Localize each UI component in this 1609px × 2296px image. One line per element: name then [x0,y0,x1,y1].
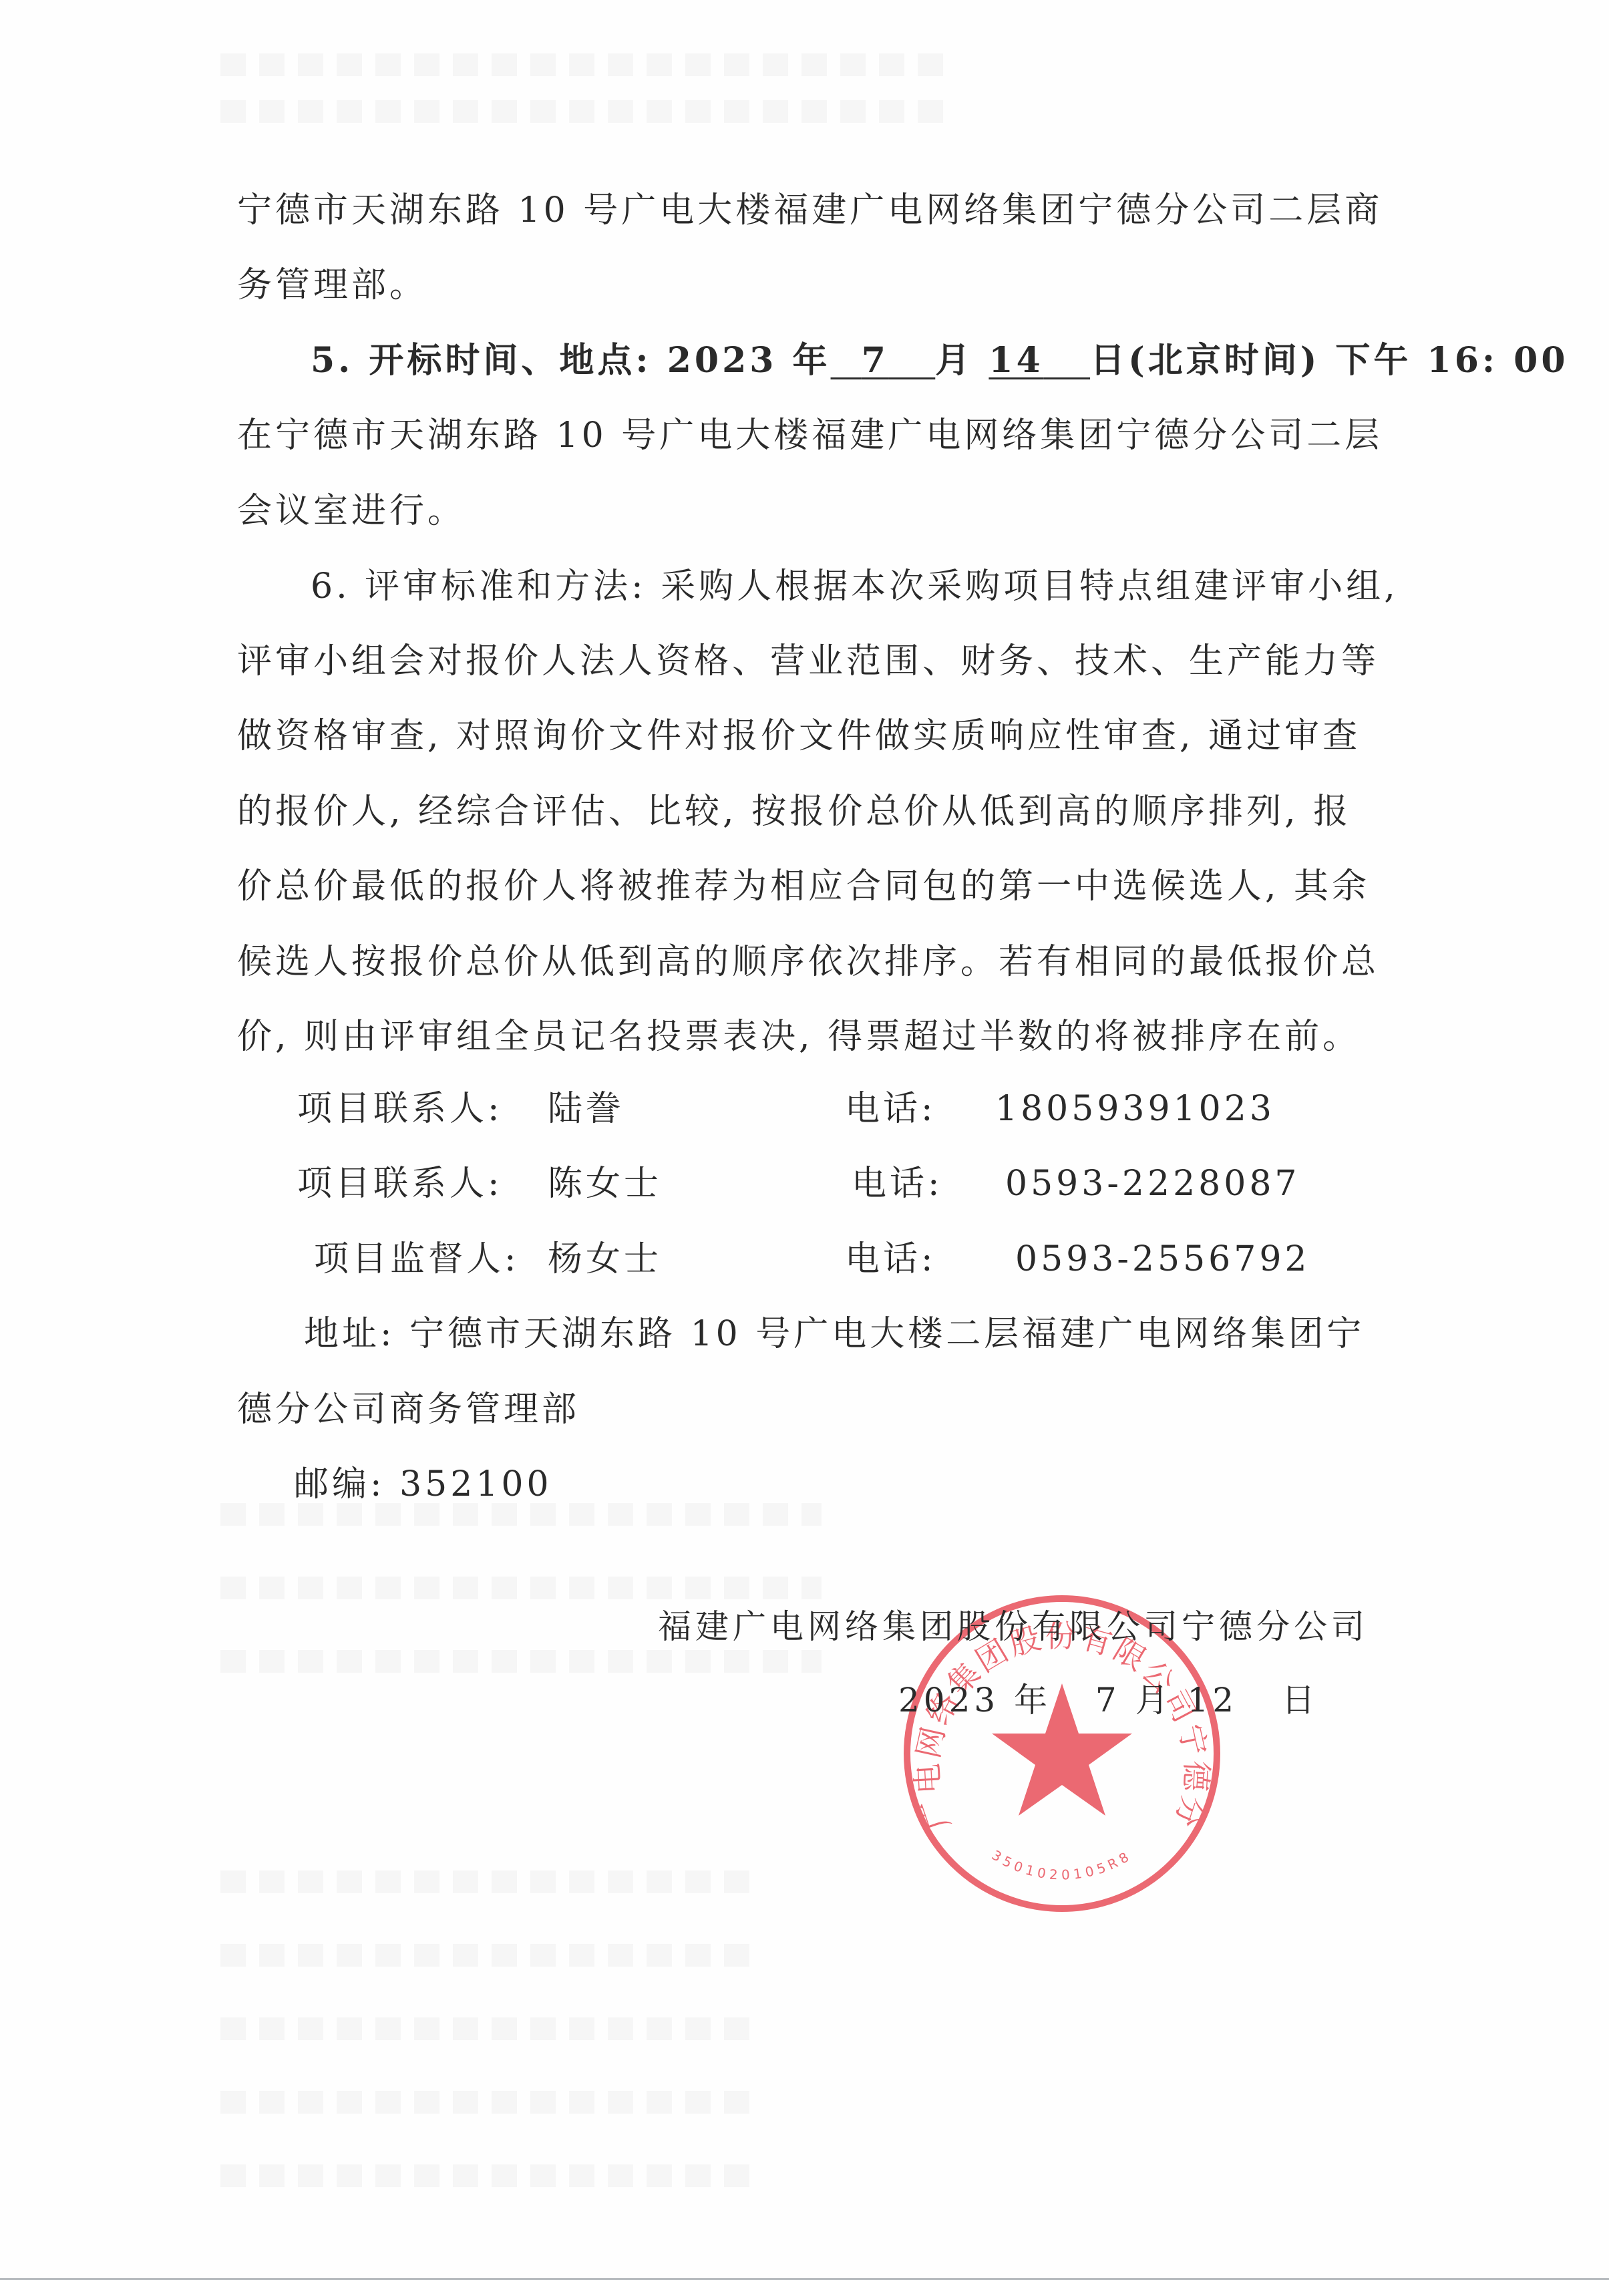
bleed-through-texture [220,1577,822,1599]
section5-year-unit: 年 [777,340,830,381]
section6-line: 候选人按报价总价从低到高的顺序依次排序。若有相同的最低报价总 [237,942,1379,982]
postcode-value: 352100 [399,1464,552,1504]
contact-name: 陈女士 [548,1164,662,1204]
supervisor-role: 项目监督人: [314,1239,520,1279]
contact-role: 项目联系人: [297,1089,503,1129]
section5-bid-opening-line2: 在宁德市天湖东路 10 号广电大楼福建广电网络集团宁德分公司二层 [237,416,1383,456]
supervisor-phone: 0593-2556792 [1015,1239,1310,1279]
contact-phone: 18059391023 [995,1089,1275,1129]
contact-name: 陆誊 [548,1089,624,1129]
bleed-through-texture [220,1870,755,1893]
section6-line: 价总价最低的报价人将被推荐为相应合同包的第一中选候选人, 其余 [237,866,1370,907]
section5-label: 5. 开标时间、地点: [311,340,667,381]
section5-month-unit: 月 [935,340,973,381]
address-line2: 德分公司商务管理部 [237,1389,580,1430]
supervisor-phone-label: 电话: [845,1239,936,1279]
signing-date-year: 2023 [898,1681,999,1719]
bleed-through-texture [220,53,955,76]
section6-line: 价, 则由评审组全员记名投票表决, 得票超过半数的将被排序在前。 [237,1017,1361,1057]
section5-bid-opening-line1: 5. 开标时间、地点: 2023 年 7 月 14 日(北京时间) 下午 16:… [311,341,1569,381]
signing-date: 2023 年 7 月 12 日 [898,1680,1319,1720]
bleed-through-texture [220,2164,755,2187]
bleed-through-texture [220,100,955,123]
contact-role: 项目联系人: [297,1164,503,1204]
signing-date-month-unit: 月 [1135,1681,1173,1719]
section5-month: 7 [831,340,936,381]
contact-phone-label: 电话: [845,1089,936,1129]
signing-date-month: 7 [1095,1681,1121,1719]
contact-phone-label: 电话: [852,1164,943,1204]
signing-date-day-unit: 日 [1282,1681,1319,1719]
supervisor-name: 杨女士 [548,1239,662,1279]
section5-month-value: 7 [862,340,889,381]
postcode-row: 邮编: 352100 [294,1464,552,1504]
section5-bid-opening-line3: 会议室进行。 [237,491,466,531]
bleed-through-texture [220,2017,755,2040]
signing-date-year-unit: 年 [1014,1681,1051,1719]
contact-phone: 0593-2228087 [1005,1164,1300,1204]
address-line1: 地址: 宁德市天湖东路 10 号广电大楼二层福建广电网络集团宁 [304,1314,1365,1354]
section4-address-line2: 务管理部。 [237,265,427,305]
bleed-through-texture [220,2091,755,2114]
section5-year: 2023 [667,340,777,381]
section6-line: 评审小组会对报价人法人资格、营业范围、财务、技术、生产能力等 [237,641,1379,681]
section5-day-unit: 日 [1090,340,1128,381]
section6-line: 的报价人, 经综合评估、比较, 按报价总价从低到高的顺序排列, 报 [237,792,1351,832]
section5-day: 14 [989,340,1090,381]
stamp-code: 3501020105R8 [989,1847,1135,1883]
section6-line: 做资格审查, 对照询价文件对报价文件做实质响应性审查, 通过审查 [237,716,1361,756]
section5-time: (北京时间) 下午 16: 00 [1128,340,1568,381]
section5-day-value: 14 [989,340,1043,381]
postcode-label: 邮编: [294,1464,385,1504]
document-page: 宁德市天湖东路 10 号广电大楼福建广电网络集团宁德分公司二层商 务管理部。 5… [0,0,1609,2280]
signing-company: 福建广电网络集团股份有限公司宁德分公司 [658,1607,1369,1647]
section6-line: 6. 评审标准和方法: 采购人根据本次采购项目特点组建评审小组, [311,566,1399,607]
bleed-through-texture [220,1650,822,1673]
bleed-through-texture [220,1944,755,1967]
section4-address-line1: 宁德市天湖东路 10 号广电大楼福建广电网络集团宁德分公司二层商 [237,190,1383,230]
bleed-through-texture [220,1503,822,1526]
signing-date-day: 12 [1187,1681,1238,1719]
